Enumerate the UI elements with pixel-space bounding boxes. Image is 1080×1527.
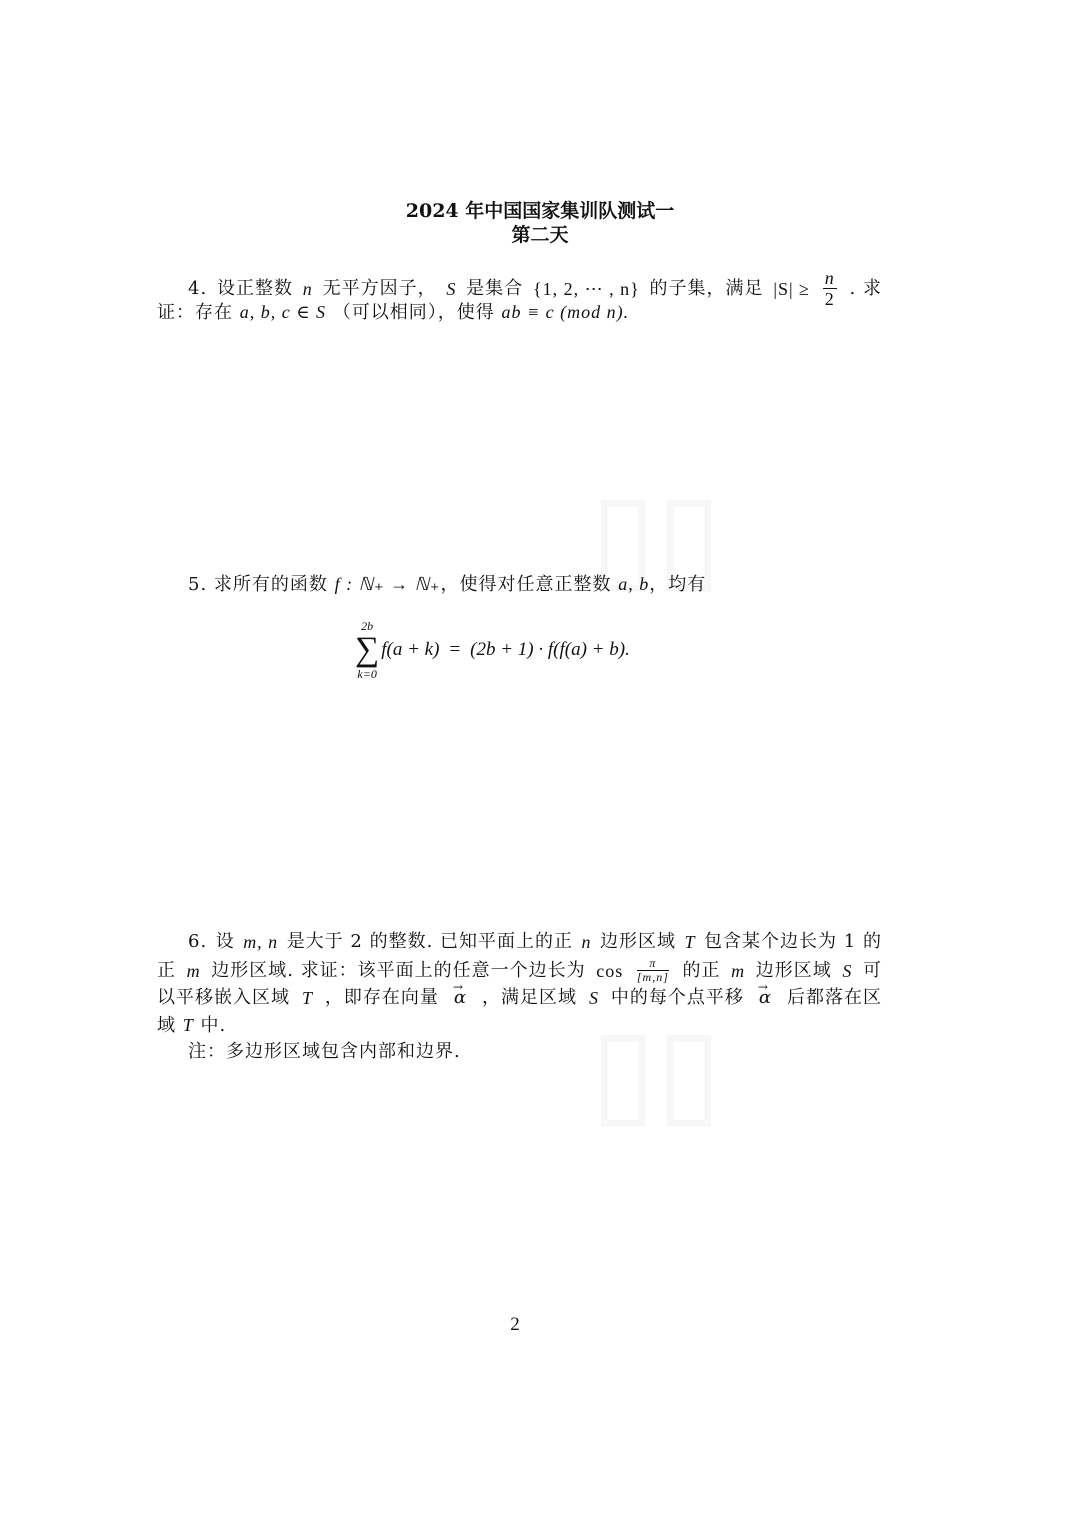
problem-6-line-3: 以平移嵌入区域 T ，即存在向量 α ，满足区域 S 中的每个点平移 α 后都落…: [157, 986, 882, 1010]
fraction-pi-over-lcm: π [m,n]: [637, 957, 669, 984]
problem-4-number: 4.: [188, 277, 207, 301]
exam-subtitle: 第二天: [0, 223, 1080, 247]
problem-6-line-4: 域 T 中.: [157, 1013, 882, 1038]
congruence: ab ≡ c (mod n).: [502, 302, 630, 322]
problem-5-number: 5.: [188, 574, 207, 595]
set-notation: {1, 2, ⋯ , n}: [533, 277, 640, 301]
problem-4-line-2: 证：存在 a, b, c ∈ S （可以相同），使得 ab ≡ c (mod n…: [157, 300, 882, 325]
problem-6-number: 6.: [188, 930, 207, 954]
exam-title: 2024 年中国国家集训队测试一: [0, 199, 1080, 223]
problem-6-line-2: 正 m 边形区域. 求证：该平面上的任意一个边长为 cos π [m,n] 的正…: [157, 957, 882, 984]
problem-6-note: 注：多边形区域包含内部和边界.: [188, 1040, 913, 1064]
problem-5-line-1: 5. 求所有的函数 f : ℕ₊ → ℕ₊，使得对任意正整数 a, b，均有: [188, 572, 913, 597]
page-number: 2: [0, 1314, 1030, 1336]
exam-page: ▯▯ ▯▯ 2024 年中国国家集训队测试一 第二天 4. 设正整数 n 无平方…: [0, 0, 1080, 1527]
vector-alpha: α: [756, 986, 775, 1010]
summation: 2b ∑ k=0: [355, 619, 379, 681]
vector-alpha: α: [451, 986, 470, 1010]
problem-6-line-1: 6. 设 m, n 是大于 2 的整数. 已知平面上的正 n 边形区域 T 包含…: [188, 930, 882, 954]
functional-equation: 2b ∑ k=0 f(a + k) = (2b + 1) · f(f(a) + …: [355, 612, 630, 688]
